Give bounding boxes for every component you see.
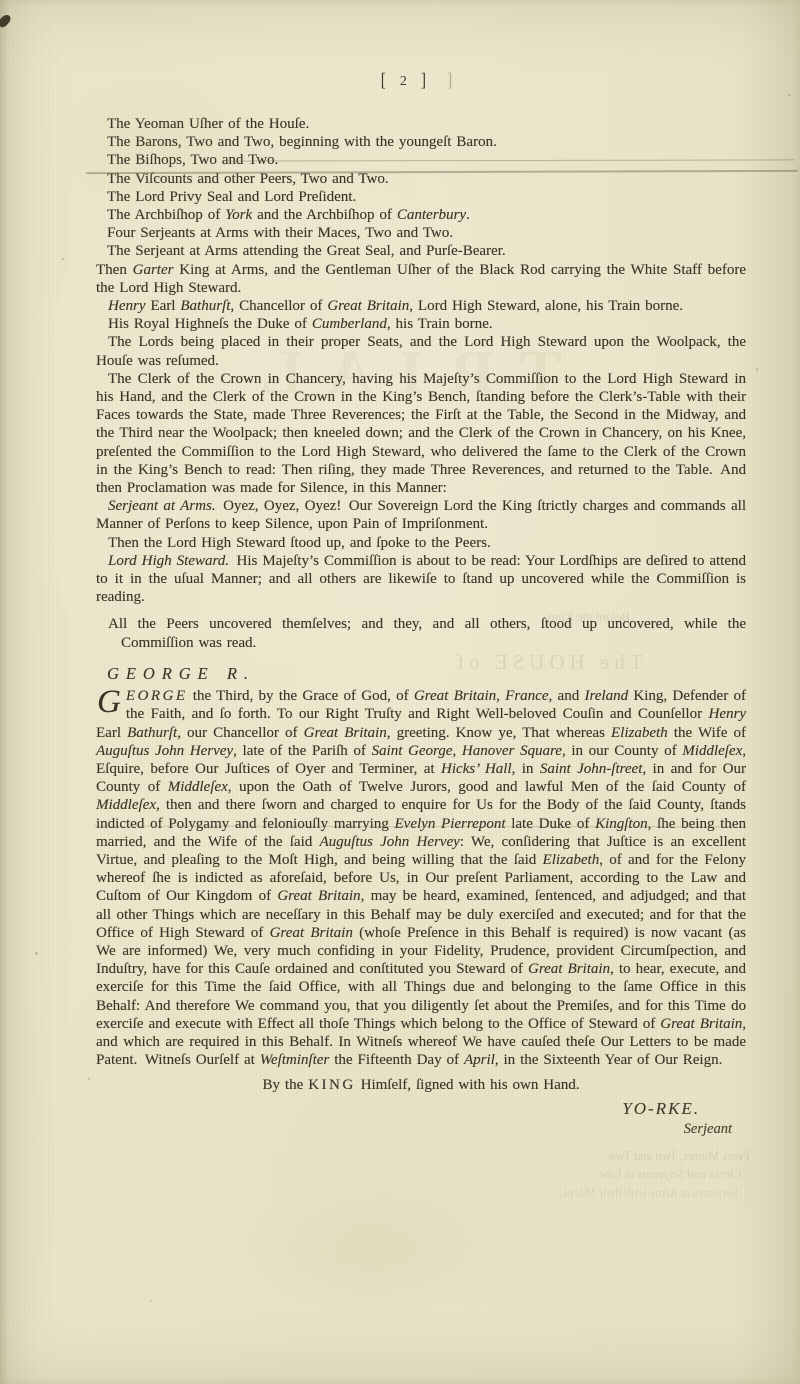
- text-block: The Yeoman Uſher of the Houſe.The Barons…: [96, 115, 746, 1138]
- paper-speck: [35, 952, 38, 955]
- speech-serjeant-at-arms: Serjeant at Arms. Oyez, Oyez, Oyez! Our …: [96, 497, 746, 533]
- procession-line-privy-seal: The Lord Privy Seal and Lord Preſident.: [96, 188, 746, 206]
- attestation-by-the-king: By the KING Himſelf, ſigned with his own…: [96, 1076, 746, 1094]
- header-bracket-left: [: [381, 70, 387, 93]
- paper-speck: [788, 94, 791, 96]
- showthrough-text-peers-minors: Peers Minors, Two and Two.: [606, 1149, 750, 1164]
- procession-line-yeoman-usher: The Yeoman Uſher of the Houſe.: [96, 115, 746, 133]
- paper-stain: [240, 1180, 500, 1320]
- paragraph-steward-stood-up: Then the Lord High Steward ſtood up, and…: [96, 534, 746, 552]
- paper-speck: [150, 1300, 152, 1302]
- page-header: [2]]: [17, 72, 800, 90]
- page-number: 2: [400, 74, 408, 89]
- header-bracket-ghost: ]: [447, 70, 453, 93]
- header-bracket-right: ]: [421, 70, 427, 93]
- signature-yorke: YO-RKE.: [96, 1100, 746, 1118]
- procession-duke-of-cumberland: His Royal Highneſs the Duke of Cumberlan…: [96, 315, 746, 333]
- scanned-book-page: TRIAL Before the King. The HOUSE of Peer…: [0, 0, 800, 1384]
- showthrough-text-clerks: Clerks and Serjeants at Law.: [598, 1167, 742, 1182]
- procession-line-barons: The Barons, Two and Two, beginning with …: [96, 133, 746, 151]
- royal-commission: GEORGE the Third, by the Grace of God, o…: [96, 687, 746, 1069]
- procession-garter-black-rod: Then Garter King at Arms, and the Gentle…: [96, 261, 746, 297]
- heading-george-r: GEORGE R.: [96, 665, 746, 683]
- paper-speck: [756, 368, 758, 371]
- ink-blot: [0, 13, 12, 30]
- stage-direction-peers-uncovered: All the Peers uncovered themſelves; and …: [96, 615, 746, 651]
- speech-lord-high-steward: Lord High Steward. His Majeſty’s Commiſſ…: [96, 552, 746, 607]
- paragraph-clerks-reverences: The Clerk of the Crown in Chancery, havi…: [96, 370, 746, 497]
- paragraph-house-resumed: The Lords being placed in their proper S…: [96, 333, 746, 369]
- paper-speck: [88, 1078, 90, 1080]
- procession-line-archbishops: The Archbiſhop of York and the Archbiſho…: [96, 206, 746, 224]
- procession-line-bishops: The Biſhops, Two and Two.: [96, 151, 746, 169]
- procession-line-serjeants-maces: Four Serjeants at Arms with their Maces,…: [96, 224, 746, 242]
- procession-lord-high-steward: Henry Earl Bathurſt, Chancellor of Great…: [96, 297, 746, 315]
- catchword-serjeant: Serjeant: [96, 1120, 746, 1138]
- showthrough-text-serjeants: Serjeants at Arms with their Maces.: [560, 1186, 738, 1201]
- procession-line-viscounts: The Viſcounts and other Peers, Two and T…: [96, 170, 746, 188]
- paper-speck: [62, 258, 64, 260]
- procession-line-great-seal: The Serjeant at Arms attending the Great…: [96, 242, 746, 260]
